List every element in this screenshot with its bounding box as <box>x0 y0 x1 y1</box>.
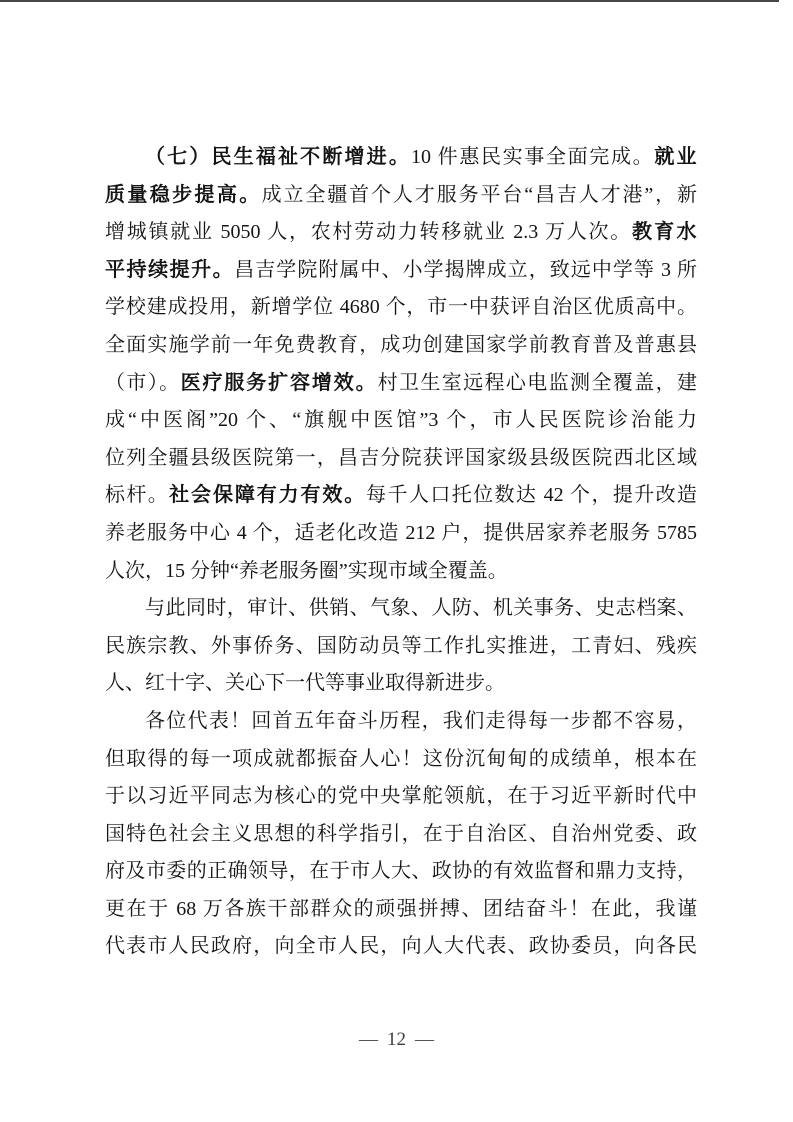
text-run: 人次，15 分钟“养老服务圈”实现市域全覆盖。 <box>105 560 508 582</box>
text-run: 增城镇就业 5050 人，农村劳动力转移就业 2.3 万人次。 <box>105 221 632 243</box>
text-run: 成“中医阁”20 个、“旗舰中医馆”3 个，市人民医院诊治能力 <box>105 409 697 431</box>
text-line: 府及市委的正确领导，在于市人大、政协的有效监督和鼎力支持， <box>105 853 697 891</box>
text-run: 成立全疆首个人才服务平台“昌吉人才港”，新 <box>262 184 697 206</box>
text-run: 各位代表！回首五年奋斗历程，我们走得每一步都不容易， <box>145 710 697 732</box>
text-line: 养老服务中心 4 个，适老化改造 212 户，提供居家养老服务 5785 <box>105 515 697 553</box>
text-line: 更在于 68 万各族干部群众的顽强拼搏、团结奋斗！在此，我谨 <box>105 891 697 929</box>
text-run: 10 件惠民实事全面完成。 <box>411 146 654 168</box>
text-run: 更在于 68 万各族干部群众的顽强拼搏、团结奋斗！在此，我谨 <box>105 898 697 920</box>
text-run: 民族宗教、外事侨务、国防动员等工作扎实推进，工青妇、残疾 <box>105 635 697 657</box>
text-run: 每千人口托位数达 42 个，提升改造 <box>366 484 697 506</box>
emphasis-run: 就业 <box>654 146 697 168</box>
text-line: 全面实施学前一年免费教育，成功创建国家学前教育普及普惠县 <box>105 327 697 365</box>
text-run: 但取得的每一项成就都振奋人心！这份沉甸甸的成绩单，根本在 <box>105 748 697 770</box>
text-line: 国特色社会主义思想的科学指引，在于自治区、自治州党委、政 <box>105 816 697 854</box>
text-line: 增城镇就业 5050 人，农村劳动力转移就业 2.3 万人次。教育水 <box>105 214 697 252</box>
page-footer: —12— <box>0 1026 793 1054</box>
text-line: 人次，15 分钟“养老服务圈”实现市域全覆盖。 <box>105 553 697 591</box>
document-page: （七）民生福祉不断增进。10 件惠民实事全面完成。就业质量稳步提高。成立全疆首个… <box>0 0 793 1122</box>
text-run: 学校建成投用，新增学位 4680 个，市一中获评自治区优质高中。 <box>105 296 697 318</box>
text-line: 学校建成投用，新增学位 4680 个，市一中获评自治区优质高中。 <box>105 289 697 327</box>
text-line: 质量稳步提高。成立全疆首个人才服务平台“昌吉人才港”，新 <box>105 177 697 215</box>
text-run: 国特色社会主义思想的科学指引，在于自治区、自治州党委、政 <box>105 823 697 845</box>
text-line: 平持续提升。昌吉学院附属中、小学揭牌成立，致远中学等 3 所 <box>105 252 697 290</box>
text-run: 标杆。 <box>105 484 169 506</box>
emphasis-run: 社会保障有力有效。 <box>169 484 366 506</box>
text-run: 人、红十字、关心下一代等事业取得新进步。 <box>105 672 505 694</box>
text-line: 成“中医阁”20 个、“旗舰中医馆”3 个，市人民医院诊治能力 <box>105 402 697 440</box>
text-run: 村卫生室远程心电监测全覆盖，建 <box>378 372 697 394</box>
text-line: 标杆。社会保障有力有效。每千人口托位数达 42 个，提升改造 <box>105 477 697 515</box>
text-line: 但取得的每一项成就都振奋人心！这份沉甸甸的成绩单，根本在 <box>105 741 697 779</box>
text-line: 位列全疆县级医院第一，昌吉分院获评国家级县级医院西北区域 <box>105 440 697 478</box>
emphasis-run: 平持续提升。 <box>105 259 234 281</box>
text-run: 昌吉学院附属中、小学揭牌成立，致远中学等 3 所 <box>234 259 697 281</box>
text-line: 与此同时，审计、供销、气象、人防、机关事务、史志档案、 <box>105 590 697 628</box>
text-line: （市）。医疗服务扩容增效。村卫生室远程心电监测全覆盖，建 <box>105 365 697 403</box>
footer-left-dash: — <box>359 1029 378 1050</box>
page-number: 12 <box>387 1029 406 1050</box>
text-line: 人、红十字、关心下一代等事业取得新进步。 <box>105 665 697 703</box>
emphasis-run: 质量稳步提高。 <box>105 184 262 206</box>
text-run: 于以习近平同志为核心的党中央掌舵领航，在于习近平新时代中 <box>105 785 697 807</box>
emphasis-run: （七）民生福祉不断增进。 <box>145 146 411 168</box>
text-run: （市）。 <box>105 372 181 394</box>
text-line: （七）民生福祉不断增进。10 件惠民实事全面完成。就业 <box>105 139 697 177</box>
scan-edge-line <box>0 0 779 2</box>
emphasis-run: 教育水 <box>632 221 697 243</box>
text-run: 位列全疆县级医院第一，昌吉分院获评国家级县级医院西北区域 <box>105 447 697 469</box>
text-line: 于以习近平同志为核心的党中央掌舵领航，在于习近平新时代中 <box>105 778 697 816</box>
footer-right-dash: — <box>415 1029 434 1050</box>
emphasis-run: 医疗服务扩容增效。 <box>181 372 378 394</box>
text-run: 代表市人民政府，向全市人民，向人大代表、政协委员，向各民 <box>105 935 697 957</box>
text-line: 民族宗教、外事侨务、国防动员等工作扎实推进，工青妇、残疾 <box>105 628 697 666</box>
text-line: 代表市人民政府，向全市人民，向人大代表、政协委员，向各民 <box>105 928 697 966</box>
text-run: 府及市委的正确领导，在于市人大、政协的有效监督和鼎力支持， <box>105 860 697 882</box>
text-run: 全面实施学前一年免费教育，成功创建国家学前教育普及普惠县 <box>105 334 697 356</box>
text-run: 与此同时，审计、供销、气象、人防、机关事务、史志档案、 <box>145 597 697 619</box>
text-run: 养老服务中心 4 个，适老化改造 212 户，提供居家养老服务 5785 <box>105 522 697 544</box>
page-body-text: （七）民生福祉不断增进。10 件惠民实事全面完成。就业质量稳步提高。成立全疆首个… <box>105 139 697 966</box>
text-line: 各位代表！回首五年奋斗历程，我们走得每一步都不容易， <box>105 703 697 741</box>
